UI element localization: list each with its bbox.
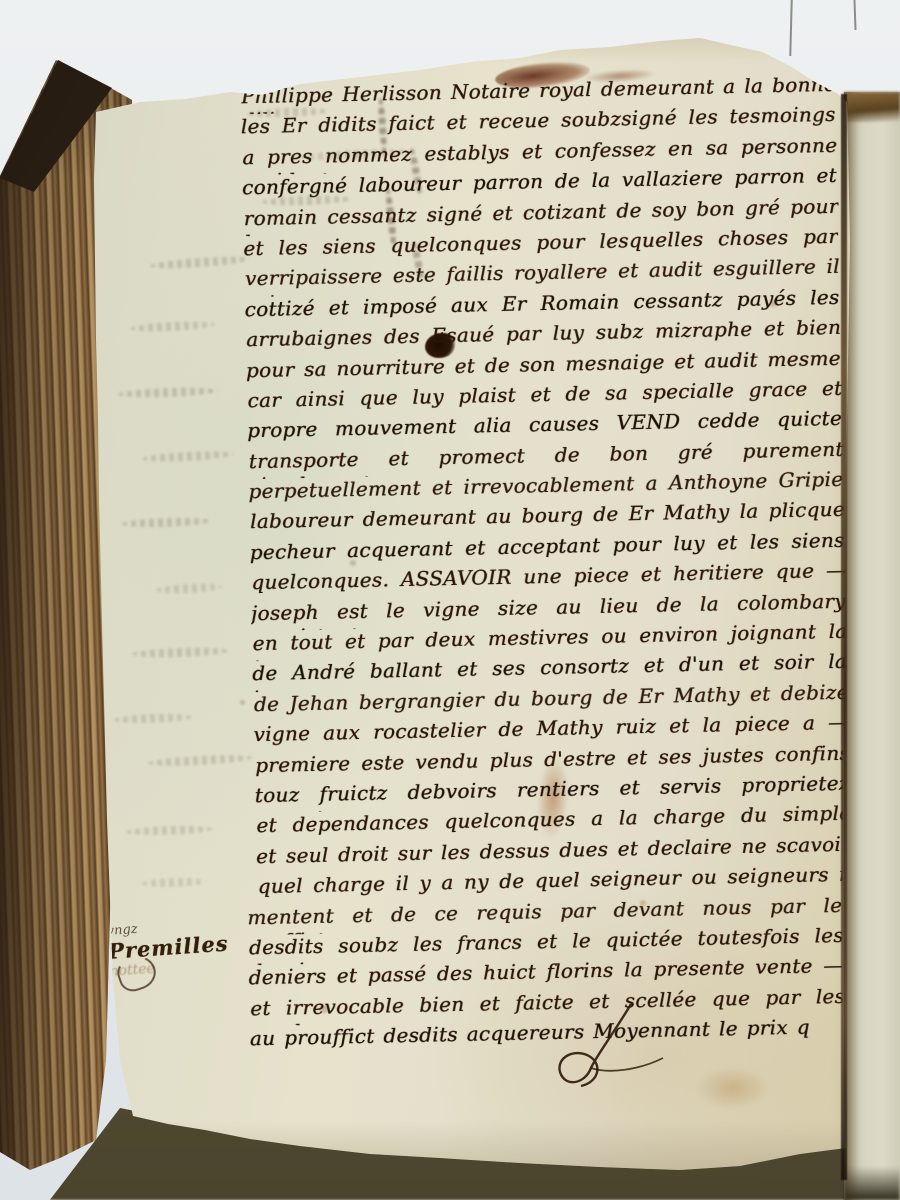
- bleedthrough-mark: [150, 255, 250, 271]
- manuscript-text: Phillippe Herlisson Notaire royal demeur…: [240, 72, 855, 1057]
- bleedthrough-mark: [148, 753, 252, 767]
- bleedthrough-mark: [132, 646, 228, 658]
- bleedthrough-mark: [142, 450, 234, 464]
- bleedthrough-mark: [122, 516, 210, 528]
- bleedthrough-mark: [130, 320, 215, 333]
- bleedthrough-mark: [118, 386, 218, 398]
- rust-stain: [698, 1068, 768, 1108]
- bleedthrough-mark: [142, 877, 206, 888]
- gutter-fold-shadow: [841, 94, 847, 1180]
- facing-page-edge: [844, 92, 900, 1200]
- margin-note: vngzPremillesnottee: [106, 912, 279, 980]
- bleedthrough-mark: [114, 713, 192, 725]
- manuscript-photo: Phillippe Herlisson Notaire royal demeur…: [0, 0, 900, 1200]
- manuscript-page: Phillippe Herlisson Notaire royal demeur…: [0, 0, 900, 1200]
- bleedthrough-mark: [156, 582, 222, 594]
- foxing-spot: [240, 700, 245, 705]
- bleedthrough-mark: [126, 825, 212, 837]
- paraph-flourish: [545, 1000, 675, 1095]
